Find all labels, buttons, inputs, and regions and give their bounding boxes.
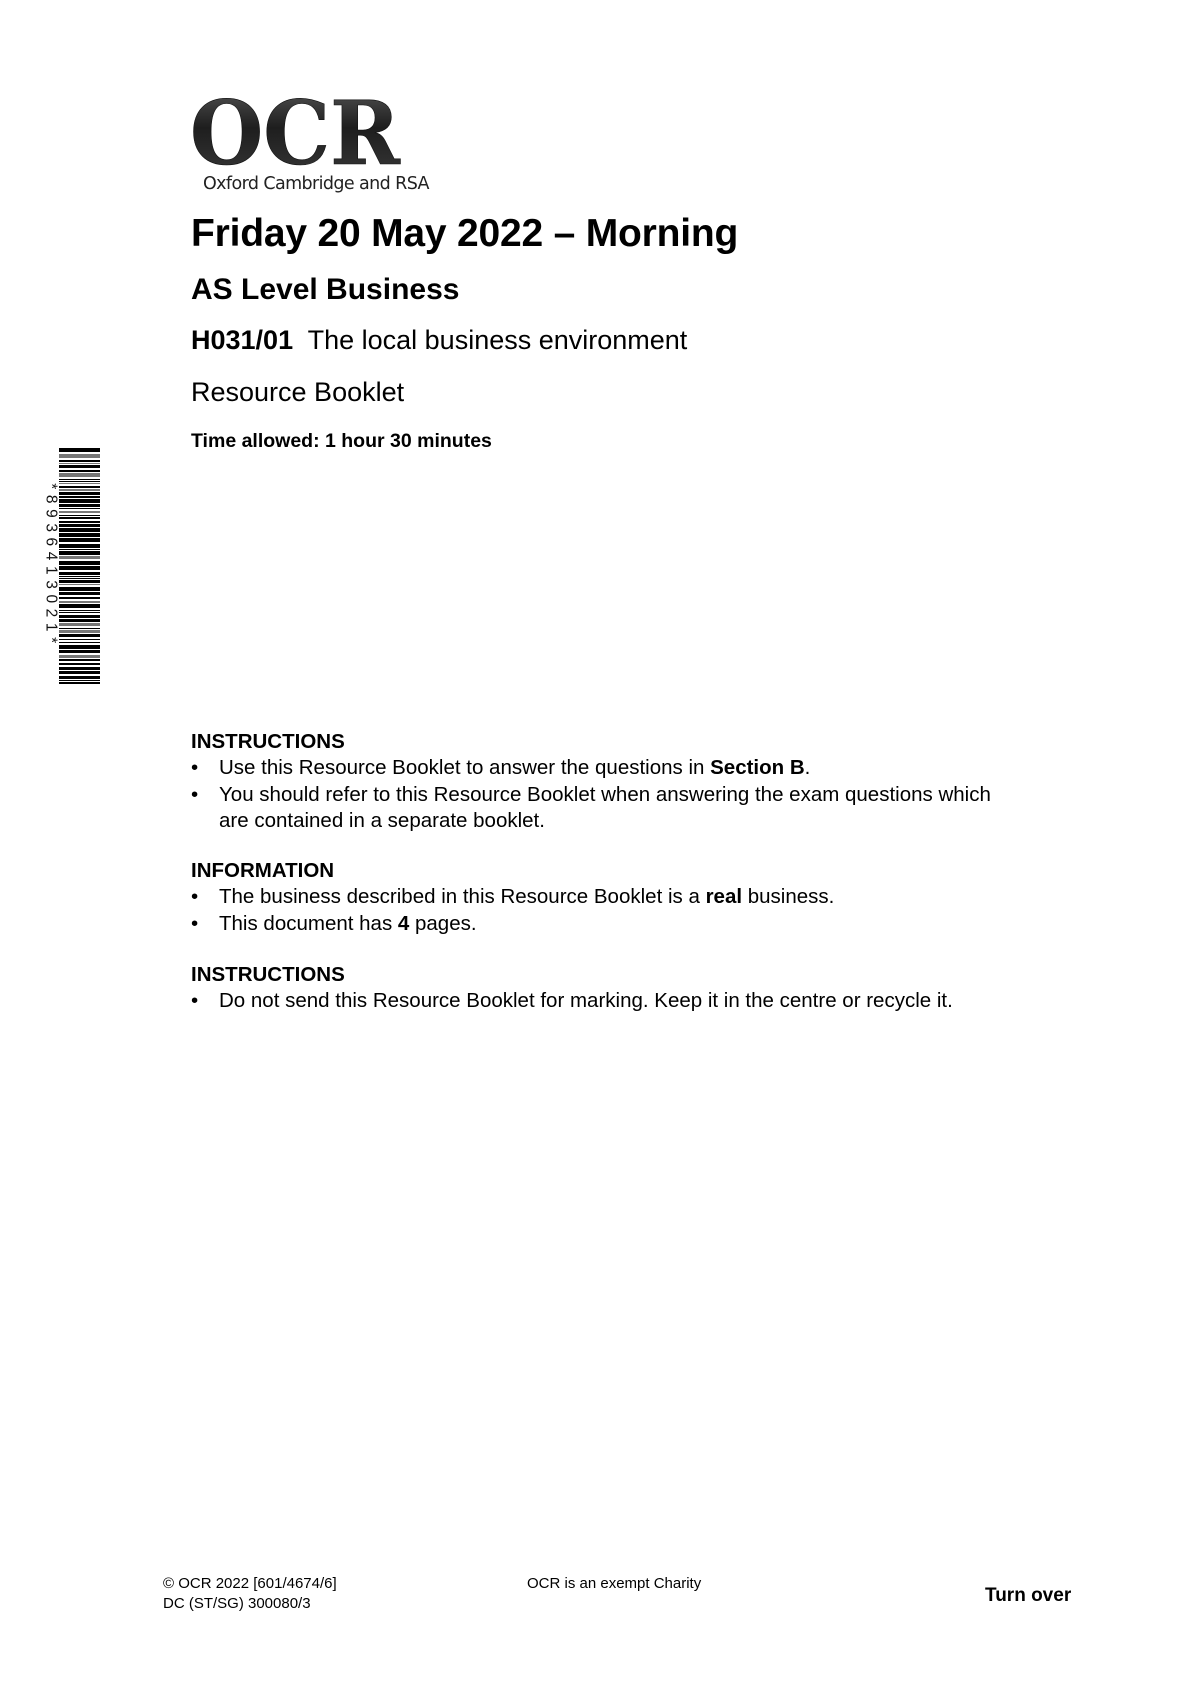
barcode-number: *8936413021* (44, 448, 58, 684)
paper-code: H031/01 (191, 325, 293, 355)
ocr-logo: OCR (188, 88, 418, 168)
barcode-digits: *8936413021* (42, 483, 60, 648)
bullet-icon: • (191, 911, 198, 937)
bullet-icon: • (191, 755, 198, 781)
instructions-section: INSTRUCTIONS • Use this Resource Booklet… (191, 729, 1091, 834)
item-text: Do not send this Resource Booklet for ma… (219, 989, 953, 1012)
item-text-cont: are contained in a separate booklet. (219, 809, 545, 832)
item-emphasis: Section B (710, 756, 805, 779)
exam-date-title: Friday 20 May 2022 – Morning (191, 212, 738, 256)
item-emphasis: 4 (398, 912, 409, 935)
paper-code-line: H031/01 The local business environment (191, 325, 687, 356)
copyright-text: © OCR 2022 [601/4674/6] (163, 1574, 337, 1594)
information-heading: INFORMATION (191, 858, 1091, 884)
item-text: This document has (219, 912, 398, 935)
item-text: Use this Resource Booklet to answer the … (219, 756, 710, 779)
time-allowed: Time allowed: 1 hour 30 minutes (191, 430, 492, 453)
list-item: • The business described in this Resourc… (191, 884, 1091, 910)
bullet-icon: • (191, 782, 198, 808)
barcode: *8936413021* (44, 448, 100, 684)
list-item: • Do not send this Resource Booklet for … (191, 988, 1091, 1014)
instructions-heading: INSTRUCTIONS (191, 729, 1091, 755)
item-emphasis: real (706, 885, 742, 908)
item-text: The business described in this Resource … (219, 885, 706, 908)
ocr-wordmark: OCR (190, 88, 401, 168)
barcode-icon (59, 448, 100, 684)
footer-left: © OCR 2022 [601/4674/6] DC (ST/SG) 30008… (163, 1574, 337, 1614)
booklet-type: Resource Booklet (191, 377, 404, 408)
item-text: You should refer to this Resource Bookle… (219, 783, 991, 806)
subject-heading: AS Level Business (191, 273, 459, 307)
bullet-icon: • (191, 884, 198, 910)
instructions-heading: INSTRUCTIONS (191, 962, 1091, 988)
ocr-logo-icon: OCR (188, 88, 418, 168)
item-text-end: pages. (409, 912, 476, 935)
logo-subtitle: Oxford Cambridge and RSA (203, 174, 429, 194)
information-section: INFORMATION • The business described in … (191, 858, 1091, 937)
turn-over-label: Turn over (985, 1585, 1071, 1607)
list-item: • You should refer to this Resource Book… (191, 782, 1091, 835)
list-item: • This document has 4 pages. (191, 911, 1091, 937)
list-item: • Use this Resource Booklet to answer th… (191, 755, 1091, 781)
charity-notice: OCR is an exempt Charity (527, 1574, 701, 1594)
item-text-end: . (805, 756, 811, 779)
instructions-section-2: INSTRUCTIONS • Do not send this Resource… (191, 962, 1091, 1015)
item-text-end: business. (742, 885, 834, 908)
document-code: DC (ST/SG) 300080/3 (163, 1594, 337, 1614)
paper-name: The local business environment (308, 325, 688, 355)
bullet-icon: • (191, 988, 198, 1014)
